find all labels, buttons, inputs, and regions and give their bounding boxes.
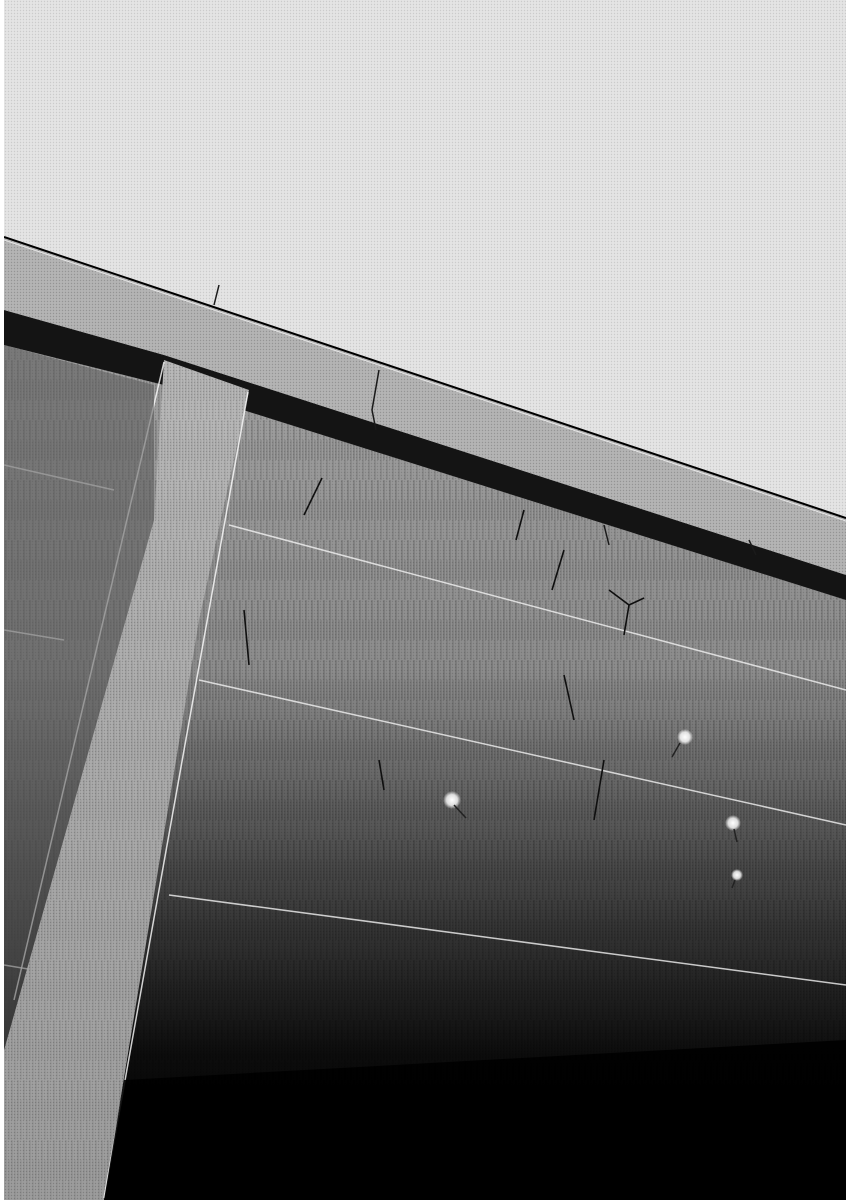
manga-page: Low-angle view of a weathered, stained c… <box>0 0 850 1200</box>
illustration-panel: Low-angle view of a weathered, stained c… <box>4 0 846 1200</box>
concrete-wall-scene <box>4 0 846 1200</box>
